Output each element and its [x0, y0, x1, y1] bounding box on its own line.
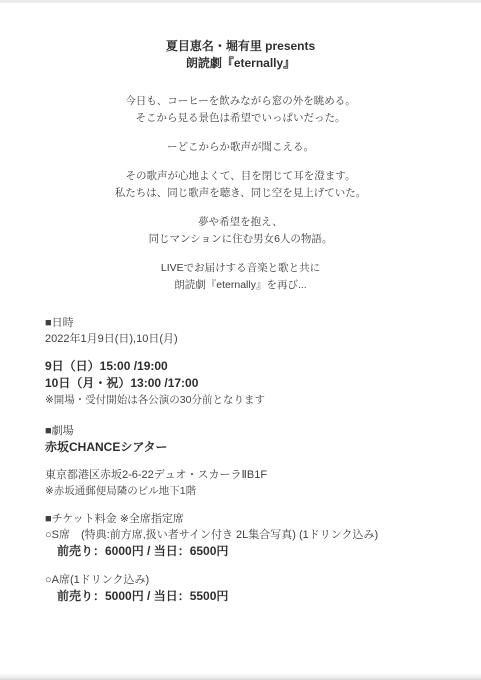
story-line: そこから見る景色は希望でいっぱいだった。 [0, 110, 481, 127]
tickets-a-seat-price: 前売り：5000円 / 当日：5500円 [45, 588, 465, 605]
schedule-time-day2: 10日（月・祝）13:00 /17:00 [45, 375, 465, 392]
venue-address: 東京都港区赤坂2-6-22デュオ・スカーラⅡB1F [45, 467, 465, 483]
intro-section: 夏目恵名・堀有里 presents 朗読劇『eternally』 今日も、コーヒ… [0, 38, 481, 305]
event-title: 夏目恵名・堀有里 presents 朗読劇『eternally』 [0, 38, 481, 72]
story-line: 同じマンションに住む男女6人の物語。 [0, 231, 481, 248]
tickets-a-seat-label: ○A席(1ドリンク込み) [45, 572, 465, 588]
schedule-section: ■日時 2022年1月9日(日),10日(月) 9日（日）15:00 /19:0… [45, 315, 465, 408]
schedule-note: ※開場・受付開始は各公演の30分前となります [45, 392, 465, 408]
schedule-time-day1: 9日（日）15:00 /19:00 [45, 358, 465, 375]
tickets-s-seat-label: ○S席 (特典:前方席,扱い者サイン付き 2L集合写真) (1ドリンク込み) [45, 527, 465, 543]
story-line: 夢や希望を抱え、 [0, 214, 481, 231]
event-title-line2: 朗読劇『eternally』 [0, 55, 481, 72]
event-info-section: ■日時 2022年1月9日(日),10日(月) 9日（日）15:00 /19:0… [45, 315, 465, 605]
story-line: その歌声が心地よくて、目を閉じて耳を澄ます。 [0, 168, 481, 185]
page-bottom-edge-strip [0, 674, 481, 680]
flyer-page: { "title": { "line1": "夏目恵名・堀有里 presents… [0, 0, 481, 680]
venue-name: 赤坂CHANCEシアター [45, 439, 465, 456]
story-line: 今日も、コーヒーを飲みながら窓の外を眺める。 [0, 93, 481, 110]
tickets-header: ■チケット料金 ※全席指定席 [45, 511, 465, 527]
story-line: LIVEでお届けする音楽と歌と共に [0, 260, 481, 277]
event-title-line1: 夏目恵名・堀有里 presents [0, 38, 481, 55]
story-line: 私たちは、同じ歌声を聴き、同じ空を見上げていた。 [0, 185, 481, 202]
venue-section: ■劇場 赤坂CHANCEシアター 東京都港区赤坂2-6-22デュオ・スカーラⅡB… [45, 423, 465, 499]
venue-header: ■劇場 [45, 423, 465, 439]
schedule-dates: 2022年1月9日(日),10日(月) [45, 331, 465, 347]
tickets-section: ■チケット料金 ※全席指定席 ○S席 (特典:前方席,扱い者サイン付き 2L集合… [45, 511, 465, 605]
tickets-s-seat-price: 前売り：6000円 / 当日：6500円 [45, 543, 465, 560]
venue-note: ※赤坂通郵便局隣のビル地下1階 [45, 483, 465, 499]
story-line: 朗読劇『eternally』を再び... [0, 277, 481, 294]
page-top-edge-strip [0, 0, 481, 3]
story-line: ーどこからか歌声が聞こえる。 [0, 139, 481, 156]
schedule-header: ■日時 [45, 315, 465, 331]
